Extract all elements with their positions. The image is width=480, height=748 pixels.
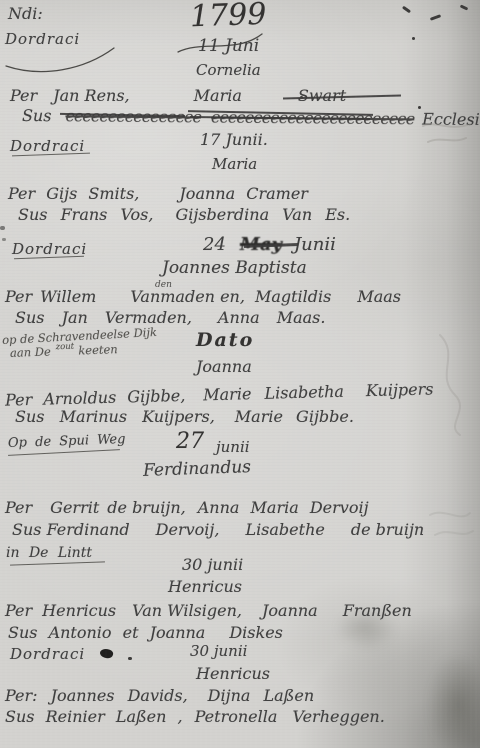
parents-c: Kuijpers (366, 379, 434, 400)
parents-line: Per Gijs Smits,Joanna Cramer (8, 184, 308, 203)
father-first: Willem (40, 287, 96, 306)
place-name: Op de Spui Weg (8, 432, 126, 451)
sponsors-a: Sus Reinier Laßen , (5, 707, 183, 726)
parents-b: Joanna Cramer (179, 184, 308, 203)
father-first: Gerrit (50, 498, 99, 517)
smudge-stain (335, 608, 397, 648)
place-name: Dordraci (10, 645, 85, 663)
baptism-date: 17 Junii. (200, 130, 268, 149)
margin-place-a: aan De (10, 344, 51, 359)
per-label: Per (5, 601, 32, 620)
parents-a: Per Gijs Smits, (8, 184, 139, 203)
ink-blot (99, 647, 114, 660)
parents-b: Marie Lisabetha (203, 382, 344, 405)
register-page: Ndi: 1799 Dordraci 11 Juni Cornelia PerJ… (0, 0, 480, 748)
baptism-date: Dato (196, 329, 254, 351)
sponsors-b: Dervoij, (156, 520, 220, 539)
sponsors-a: Sus Marinus Kuijpers, (15, 407, 215, 426)
father-last: de bruijn, (107, 498, 185, 517)
parents-line: PerJan Rens,MariaSwart (10, 86, 346, 105)
ink-speck (2, 238, 6, 241)
year-heading: 1799 (189, 0, 267, 34)
mother-first-name: Maria (194, 86, 242, 105)
sponsors-d: de bruijn (351, 520, 424, 539)
father-last: Van Wilsigen, (132, 601, 242, 620)
sponsors-b: Gijsberdina Van Es. (175, 205, 350, 224)
child-name: Henricus (168, 577, 242, 596)
baptism-date: 30 junii (182, 555, 243, 574)
sponsors-line: Sus Jan Vermaden,Anna Maas. (15, 308, 325, 327)
per-label: Per (5, 498, 32, 517)
sponsors-line: Sus Reinier Laßen ,Petronella Verheggen. (5, 707, 385, 726)
ink-speck (430, 14, 441, 21)
parents-line: Per Arnoldus Gijbbe,Marie LisabethaKuijp… (5, 379, 434, 409)
ink-dot (300, 96, 303, 99)
per-label: Per (10, 86, 37, 105)
corner-note: Ndi: (8, 4, 43, 23)
child-name: Joannes Baptista (162, 258, 307, 278)
margin-place-b: keeten (78, 342, 118, 357)
ink-speck (402, 6, 411, 14)
sponsors-a: Sus Frans Vos, (18, 205, 153, 224)
superscript-insertion: den (155, 280, 172, 290)
sus-label: Sus (22, 106, 52, 125)
mother-first: Joanna (262, 601, 318, 620)
corner-grime (428, 655, 480, 748)
parents-line: PerWillemVanmaden en,MagtildisMaas (5, 287, 401, 306)
date-day: 27 (176, 429, 204, 454)
baptism-date: 11 Juni (198, 36, 259, 56)
place-underline (10, 561, 105, 566)
superscript-zout: zout (56, 342, 75, 353)
sponsors-b: Marie Gijbbe. (235, 407, 354, 426)
date-month: Junii (294, 234, 336, 255)
sponsors-a: Sus Antonio et Joanna (8, 623, 205, 642)
father-name: Jan Rens, (53, 86, 129, 105)
date-month: junii (216, 438, 250, 456)
sponsors-line: Sus Antonio et JoannaDiskes (8, 623, 283, 642)
bleed-through-mark (420, 118, 475, 148)
baptism-date: 30 junii (190, 642, 247, 660)
sponsors-line: Sus Frans Vos,Gijsberdina Van Es. (18, 205, 350, 224)
ink-speck (460, 4, 469, 10)
place-underline-flourish (2, 44, 120, 82)
father-last: Vanmaden en, (130, 287, 245, 306)
date-day: 24 (203, 234, 226, 255)
place-name: in De Lintt (6, 545, 92, 561)
ink-dot (412, 37, 415, 40)
ink-speck (0, 226, 5, 230)
parents-line: PerGerritde bruijn,Anna Maria Dervoij (5, 498, 369, 517)
sponsors-c: Lisabethe (245, 520, 324, 539)
child-name: Cornelia (196, 61, 261, 79)
margin-place-line2: aan Dezoutkeeten (10, 342, 118, 360)
per-label: Per (5, 287, 32, 306)
bleed-through-mark (430, 330, 475, 440)
sponsors-b: Diskes (229, 623, 283, 642)
child-name: Maria (212, 155, 257, 173)
child-name: Joanna (196, 357, 252, 376)
sponsors-a: Sus Ferdinand (12, 520, 130, 539)
ink-dot (418, 106, 421, 109)
mother-last: Maas (357, 287, 401, 306)
sponsors-line: Sus FerdinandDervoij,Lisabethede bruijn (12, 520, 424, 539)
mother-name: Anna Maria Dervoij (198, 498, 369, 517)
parents-line: Per: Joannes Davids,Dijna Laßen (5, 686, 314, 705)
sponsors-line: Sus Marinus Kuijpers,Marie Gijbbe. (15, 407, 354, 426)
parents-b: Dijna Laßen (208, 686, 314, 705)
parents-a: Per: Joannes Davids, (5, 686, 188, 705)
sponsors-a: Sus Jan Vermaden, (15, 308, 192, 327)
bleed-through-mark (425, 505, 475, 545)
ink-speck (128, 657, 132, 660)
child-name: Ferdinandus (143, 457, 252, 481)
sponsors-b: Petronella Verheggen. (195, 707, 385, 726)
mother-first: Magtildis (255, 287, 331, 306)
sponsors-b: Anna Maas. (218, 308, 326, 327)
father-first: Henricus (42, 601, 116, 620)
child-name: Henricus (196, 664, 270, 683)
